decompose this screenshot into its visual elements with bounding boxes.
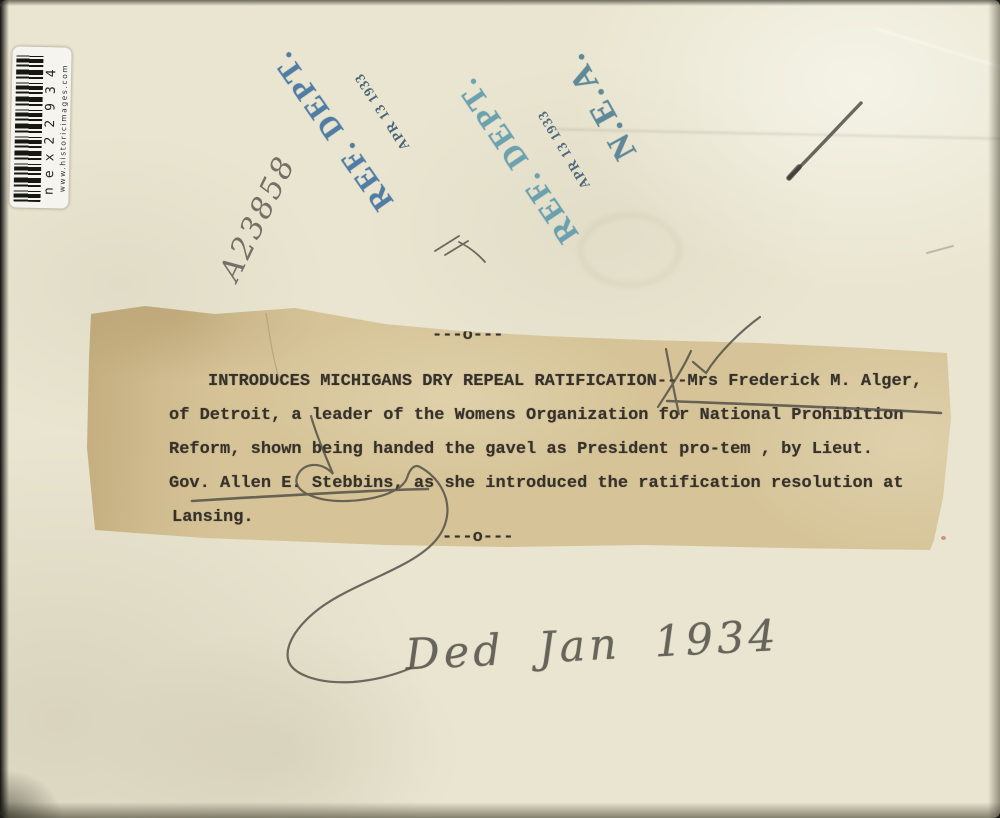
red-ink-speck [941, 536, 946, 540]
typed-divider-top: ---o--- [432, 326, 503, 345]
scan-edge-top [0, 0, 1000, 6]
date-stamp-2: APR 13 1933 [535, 107, 594, 191]
barcode-sticker-face: nex22934 www.historicimages.com [9, 46, 71, 208]
pencil-catalog-number: A23858 [213, 150, 304, 287]
scan-edge-right [988, 0, 1000, 818]
caption-line-1: INTRODUCES MICHIGANS DRY REPEAL RATIFICA… [208, 372, 922, 391]
date-stamp-1: APR 13 1933 [352, 69, 414, 152]
faint-edge-mark [927, 246, 953, 253]
typed-divider-bottom: ---o--- [442, 528, 513, 547]
ref-dept-stamp-2: REF. DEPT. [448, 70, 586, 250]
pencil-bird-mark [435, 236, 485, 262]
scratch-blob [789, 167, 799, 178]
stain-ring [578, 212, 682, 288]
caption-line-3: Reform, shown being handed the gavel as … [169, 440, 873, 459]
caption-slip: ---o--- INTRODUCES MICHIGANS DRY REPEAL … [85, 298, 957, 560]
nea-agency-stamp: N.E.A. [555, 44, 645, 166]
caption-line-2: of Detroit, a leader of the Womens Organ… [169, 406, 904, 425]
scratch-mark [789, 103, 861, 178]
barcode-icon [13, 52, 43, 202]
crease-line [555, 128, 1000, 139]
pencil-date-note: Ded Jan 1934 [404, 605, 886, 680]
scan-edge-left [0, 0, 9, 818]
fold-highlight [875, 28, 1000, 71]
scan-edge-bottom [0, 802, 1000, 818]
scan-corner-shadow [0, 748, 90, 818]
barcode-sticker: nex22934 www.historicimages.com [7, 44, 73, 211]
barcode-website: www.historicimages.com [57, 53, 69, 202]
photo-back-scan: ---o--- INTRODUCES MICHIGANS DRY REPEAL … [0, 0, 1000, 818]
caption-line-5: Lansing. [172, 508, 254, 527]
caption-line-4: Gov. Allen E. Stebbins, as she introduce… [169, 474, 904, 493]
